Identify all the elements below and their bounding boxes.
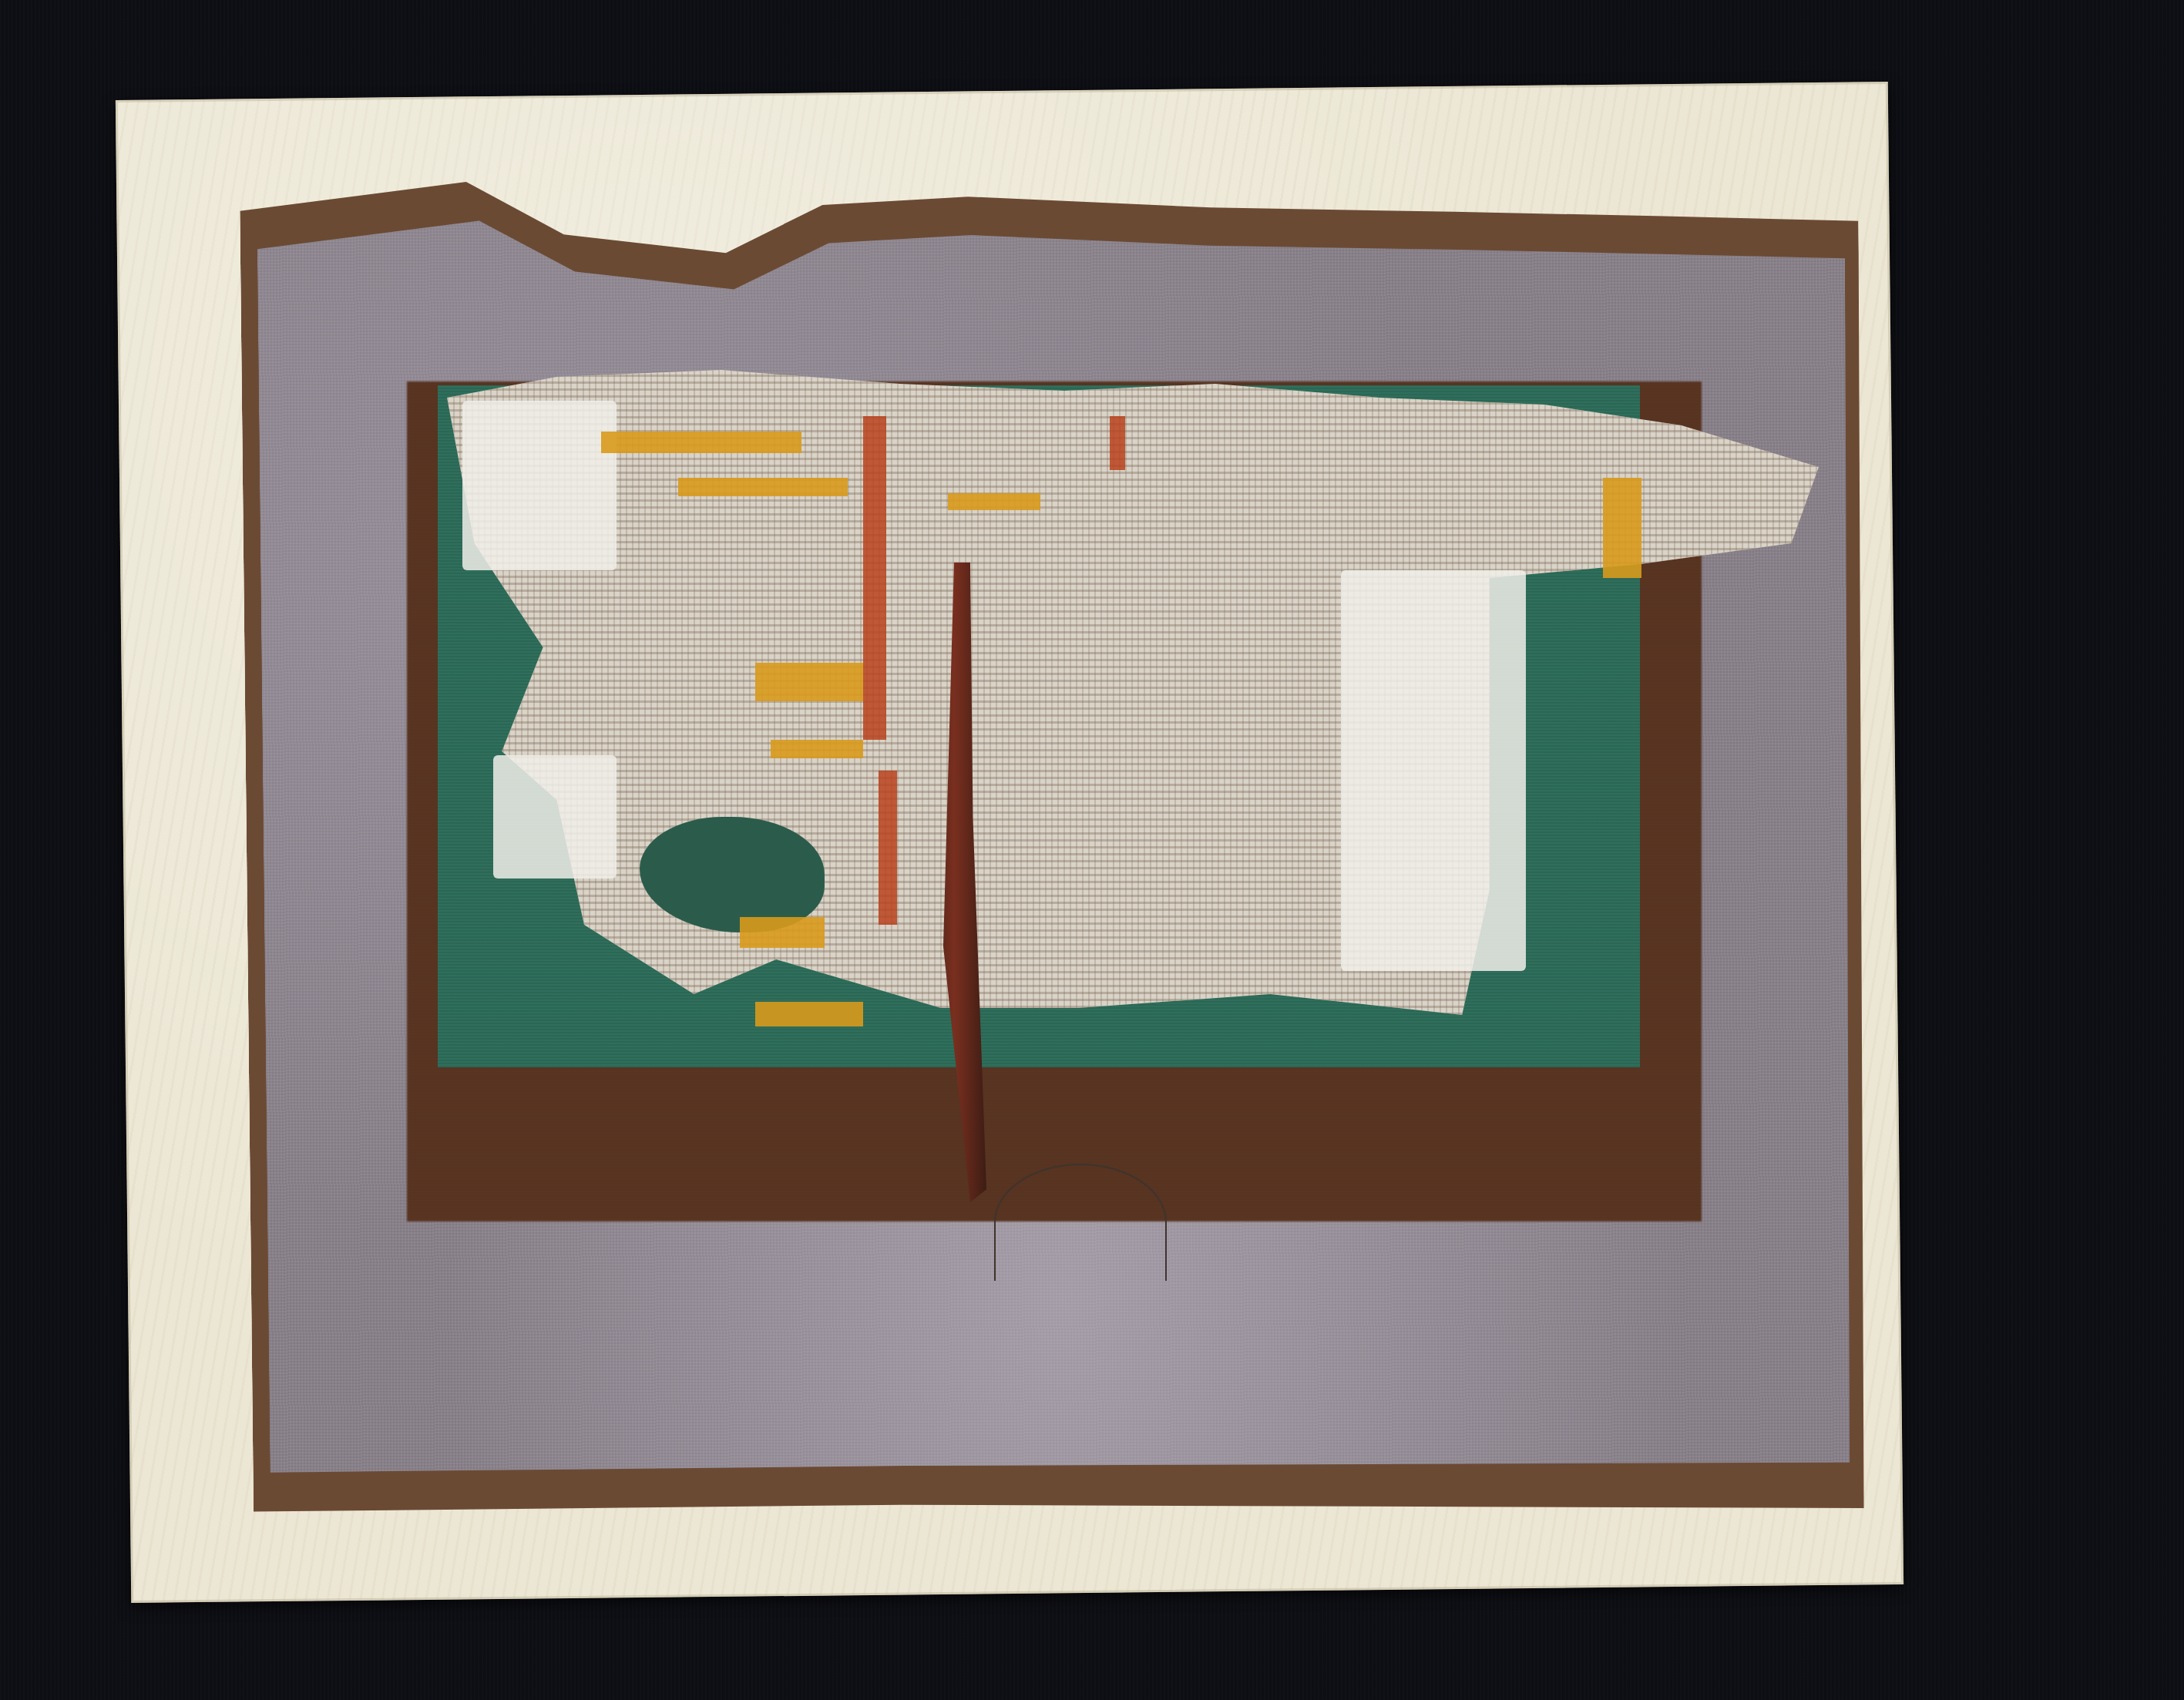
rust-stroke — [879, 771, 897, 925]
rust-stroke — [863, 416, 886, 740]
white-paint-patch — [493, 755, 617, 879]
ochre-stroke — [755, 1002, 863, 1026]
rust-stroke — [1110, 416, 1125, 470]
white-paint-patch — [462, 401, 617, 570]
loose-thread-strand — [994, 1164, 1167, 1281]
ochre-stroke — [1603, 478, 1641, 578]
white-paint-patch — [1341, 570, 1526, 971]
ochre-stroke — [948, 493, 1040, 510]
ochre-stroke — [755, 663, 863, 701]
ochre-stroke — [601, 432, 801, 453]
ochre-stroke — [678, 478, 848, 496]
ochre-stroke — [740, 917, 825, 948]
ochre-stroke — [771, 740, 863, 758]
